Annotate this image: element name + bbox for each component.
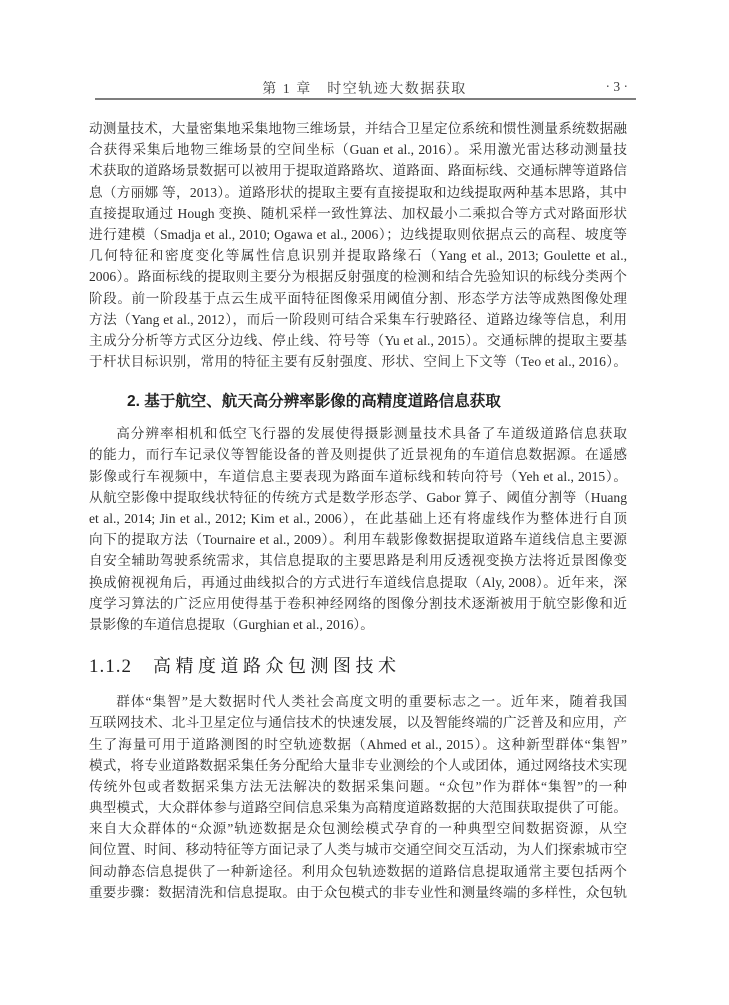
- text-line: 向下的提取方法（Tournaire et al., 2009）。利用车载影像数据…: [89, 529, 627, 550]
- text-line: 几何特征和密度变化等属性信息识别并提取路缘石（Yang et al., 2013…: [89, 245, 627, 266]
- text-line: 的能力，而行车记录仪等智能设备的普及则提供了近景视角的车道信息数据源。在遥感: [89, 444, 627, 465]
- text-line: 于杆状目标识别，常用的特征主要有反射强度、形状、空间上下文等（Teo et al…: [89, 351, 627, 372]
- text-line: 合获得采集后地物三维场景的空间坐标（Guan et al., 2016）。采用激…: [89, 139, 627, 160]
- text-line: 间位置、时间、移动特征等方面记录了人类与城市交通空间交互活动，为人们探索城市空: [89, 839, 627, 860]
- text-line: 景影像的车道信息提取（Gurghian et al., 2016）。: [89, 614, 627, 635]
- text-line: 动测量技术，大量密集地采集地物三维场景，并结合卫星定位系统和惯性测量系统数据融: [89, 118, 627, 139]
- text-line: 典型模式，大众群体参与道路空间信息采集为高精度道路数据的大范围获取提供了可能。: [89, 797, 627, 818]
- text-line: 传统外包或者数据采集方法无法解决的数据采集问题。“众包”作为群体“集智”的一种: [89, 776, 627, 797]
- text-line: 换成俯视视角后，再通过曲线拟合的方式进行车道线信息提取（Aly, 2008）。近…: [89, 572, 627, 593]
- section-title: 高精度道路众包测图技术: [153, 656, 401, 676]
- document-page: 第 1 章 时空轨迹大数据获取 · 3 · 动测量技术，大量密集地采集地物三维场…: [0, 0, 729, 1005]
- text-line: 方法（Yang et al., 2012），而后一阶段则可结合采集车行驶路径、道…: [89, 309, 627, 330]
- numbered-subheading: 2. 基于航空、航天高分辨率影像的高精度道路信息获取: [89, 391, 627, 413]
- text-line: 高分辨率相机和低空飞行器的发展使得摄影测量技术具备了车道级道路信息获取: [89, 423, 627, 444]
- text-line: 自安全辅助驾驶系统需求，其信息提取的主要思路是利用反透视变换方法将近景图像变: [89, 550, 627, 571]
- text-line: 直接提取通过 Hough 变换、随机采样一致性算法、加权最小二乘拟合等方式对路面…: [89, 203, 627, 224]
- text-line: 影像或行车视频中，车道信息主要表现为路面车道标线和转向符号（Yeh et al.…: [89, 466, 627, 487]
- body-paragraph: 动测量技术，大量密集地采集地物三维场景，并结合卫星定位系统和惯性测量系统数据融合…: [89, 118, 627, 372]
- text-line: 群体“集智”是大数据时代人类社会高度文明的重要标志之一。近年来，随着我国: [89, 691, 627, 712]
- text-line: 来自大众群体的“众源”轨迹数据是众包测绘模式孕育的一种典型空间数据资源，从空: [89, 818, 627, 839]
- text-line: 模式，将专业道路数据采集任务分配给大量非专业测绘的个人或团体，通过网络技术实现: [89, 755, 627, 776]
- text-line: 阶段。前一阶段基于点云生成平面特征图像采用阈值分割、形态学方法等成熟图像处理: [89, 288, 627, 309]
- text-line: 进行建模（Smadja et al., 2010; Ogawa et al., …: [89, 224, 627, 245]
- section-heading: 1.1.2高精度道路众包测图技术: [89, 654, 627, 679]
- section-number: 1.1.2: [89, 656, 132, 677]
- text-line: 主成分分析等方式区分边线、停止线、符号等（Yu et al., 2015）。交通…: [89, 330, 627, 351]
- text-line: 息（方丽娜 等，2013）。道路形状的提取主要有直接提取和边线提取两种基本思路，…: [89, 182, 627, 203]
- text-line: 重要步骤：数据清洗和信息提取。由于众包模式的非专业性和测量终端的多样性，众包轨: [89, 882, 627, 903]
- text-line: 术获取的道路场景数据可以被用于提取道路路坎、道路面、路面标线、交通标牌等道路信: [89, 160, 627, 181]
- text-line: et al., 2014; Jin et al., 2012; Kim et a…: [89, 508, 627, 529]
- body-paragraph: 群体“集智”是大数据时代人类社会高度文明的重要标志之一。近年来，随着我国互联网技…: [89, 691, 627, 903]
- text-line: 度学习算法的广泛应用使得基于卷积神经网络的图像分割技术逐渐被用于航空影像和近: [89, 593, 627, 614]
- text-line: 从航空影像中提取线状特征的传统方式是数学形态学、Gabor 算子、阈值分割等（H…: [89, 487, 627, 508]
- text-line: 间动静态信息提供了一种新途径。利用众包轨迹数据的道路信息提取通常主要包括两个: [89, 861, 627, 882]
- text-line: 互联网技术、北斗卫星定位与通信技术的快速发展，以及智能终端的广泛普及和应用，产: [89, 712, 627, 733]
- body-paragraph: 高分辨率相机和低空飞行器的发展使得摄影测量技术具备了车道级道路信息获取的能力，而…: [89, 423, 627, 635]
- text-line: 生了海量可用于道路测图的时空轨迹数据（Ahmed et al., 2015）。这…: [89, 734, 627, 755]
- page-body: 动测量技术，大量密集地采集地物三维场景，并结合卫星定位系统和惯性测量系统数据融合…: [89, 118, 627, 903]
- page-number: · 3 ·: [606, 79, 629, 95]
- text-line: 2006）。路面标线的提取则主要分为根据反射强度的检测和结合先验知识的标线分类两…: [89, 266, 627, 287]
- header-rule-divider: [95, 98, 636, 100]
